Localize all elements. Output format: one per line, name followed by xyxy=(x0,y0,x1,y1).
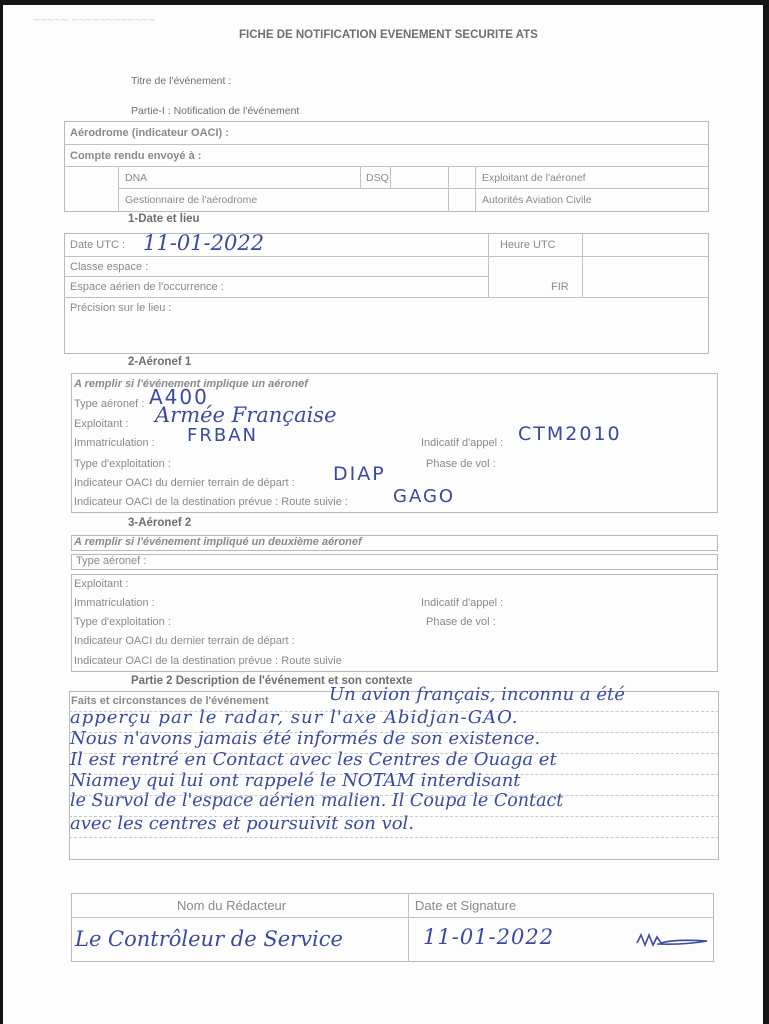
recipient-aerodrome-manager: Gestionnaire de l'aérodrome xyxy=(125,194,257,206)
aircraft1-callsign-label: Indicatif d'appel : xyxy=(421,437,503,449)
recipient-dsq: DSQ xyxy=(366,172,389,184)
aircraft2-instruction: A remplir si l'événement impliqué un deu… xyxy=(74,536,362,548)
aircraft2-departure-label: Indicateur OACI du dernier terrain de dé… xyxy=(74,635,295,647)
aircraft1-destination-label: Indicateur OACI de la destination prévue… xyxy=(74,496,348,508)
aircraft2-callsign-label: Indicatif d'appel : xyxy=(421,597,503,609)
aircraft1-registration-value[interactable]: FRBAN xyxy=(187,425,258,446)
aircraft2-destination-label: Indicateur OACI de la destination prévue… xyxy=(74,655,342,667)
aircraft1-operator-label: Exploitant : xyxy=(74,418,128,430)
aircraft1-callsign-value[interactable]: CTM2010 xyxy=(518,423,622,445)
aircraft2-type-label: Type aéronef : xyxy=(76,555,146,567)
part1-heading: Partie-I : Notification de l'événement xyxy=(131,105,299,117)
faint-header-text: ~~~~~ ~~~~~~~~~~~~ xyxy=(33,13,155,27)
signature-date-value[interactable]: 11-01-2022 xyxy=(423,925,554,949)
description-line: Il est rentré en Contact avec les Centre… xyxy=(70,749,557,770)
aircraft1-departure-value[interactable]: DIAP xyxy=(333,463,386,485)
aircraft1-destination-value[interactable]: GAGO xyxy=(393,486,455,507)
author-label: Nom du Rédacteur xyxy=(177,898,286,913)
aircraft1-registration-label: Immatriculation : xyxy=(74,437,155,449)
signature-mark-icon xyxy=(635,929,711,953)
aircraft1-heading: 2-Aéronef 1 xyxy=(128,356,191,368)
description-line: apperçu par le radar, sur l'axe Abidjan-… xyxy=(70,707,519,728)
document-title: FICHE DE NOTIFICATION EVENEMENT SECURITE… xyxy=(239,29,538,41)
time-utc-label: Heure UTC xyxy=(500,239,556,251)
report-sent-label: Compte rendu envoyé à : xyxy=(70,150,201,162)
aircraft2-type-row xyxy=(71,554,718,570)
date-utc-label: Date UTC : xyxy=(70,239,125,251)
date-signature-label: Date et Signature xyxy=(415,898,516,913)
aircraft1-flight-phase-label: Phase de vol : xyxy=(426,458,496,470)
location-precision-label: Précision sur le lieu : xyxy=(70,302,172,314)
aircraft2-heading: 3-Aéronef 2 xyxy=(128,517,191,529)
recipient-dna: DNA xyxy=(125,172,147,184)
aircraft1-type-label: Type aéronef : xyxy=(74,398,144,410)
aircraft1-departure-label: Indicateur OACI du dernier terrain de dé… xyxy=(74,477,295,489)
aircraft2-flight-phase-label: Phase de vol : xyxy=(426,616,496,628)
aircraft1-operation-type-label: Type d'exploitation : xyxy=(74,458,171,470)
facts-label: Faits et circonstances de l'événement xyxy=(71,695,269,707)
date-utc-value[interactable]: 11-01-2022 xyxy=(143,231,264,255)
document-page: ~~~~~ ~~~~~~~~~~~~ FICHE DE NOTIFICATION… xyxy=(3,5,763,1024)
recipient-operator: Exploitant de l'aéronef xyxy=(482,172,586,184)
event-title-label: Titre de l'événement : xyxy=(131,75,231,87)
description-line: le Survol de l'espace aérien malien. Il … xyxy=(70,791,563,811)
airspace-label: Espace aérien de l'occurrence : xyxy=(70,281,224,293)
description-line: Nous n'avons jamais été informés de son … xyxy=(70,728,540,749)
recipient-civil-aviation: Autorités Aviation Civile xyxy=(482,194,592,206)
aircraft2-registration-label: Immatriculation : xyxy=(74,597,155,609)
author-value[interactable]: Le Contrôleur de Service xyxy=(75,927,343,951)
description-line: Un avion français, inconnu a été xyxy=(329,684,625,705)
fir-label: FIR xyxy=(551,281,569,293)
aircraft2-operator-label: Exploitant : xyxy=(74,578,128,590)
aircraft1-operator-value[interactable]: Armée Française xyxy=(155,403,337,427)
aircraft2-operation-type-label: Type d'exploitation : xyxy=(74,616,171,628)
description-line: avec les centres et poursuivit son vol. xyxy=(70,813,414,834)
description-line: Niamey qui lui ont rappelé le NOTAM inte… xyxy=(70,770,521,791)
date-place-heading: 1-Date et lieu xyxy=(128,213,200,225)
aerodrome-label: Aérodrome (indicateur OACI) : xyxy=(70,127,229,139)
airspace-class-label: Classe espace : xyxy=(70,261,148,273)
